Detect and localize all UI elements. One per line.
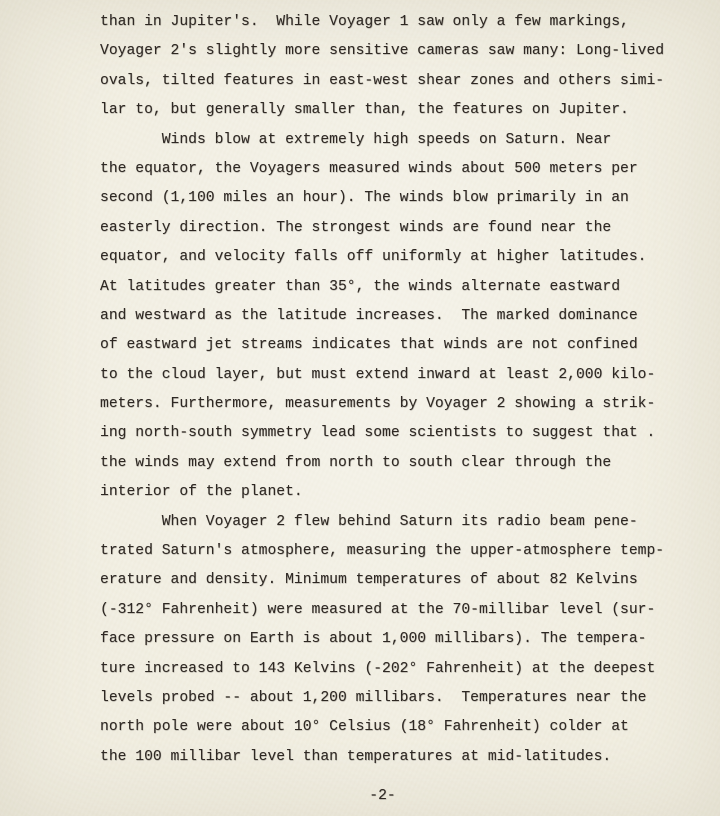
text-line: equator, and velocity falls off uniforml… — [100, 243, 720, 272]
text-line: Voyager 2's slightly more sensitive came… — [100, 37, 720, 66]
text-line: ing north-south symmetry lead some scien… — [100, 419, 720, 448]
text-line: and westward as the latitude increases. … — [100, 302, 720, 331]
text-line: trated Saturn's atmosphere, measuring th… — [100, 537, 720, 566]
text-line: the 100 millibar level than temperatures… — [100, 743, 720, 772]
text-line: easterly direction. The strongest winds … — [100, 214, 720, 243]
text-line: face pressure on Earth is about 1,000 mi… — [100, 625, 720, 654]
text-line: ture increased to 143 Kelvins (-202° Fah… — [100, 655, 720, 684]
text-line: to the cloud layer, but must extend inwa… — [100, 361, 720, 390]
text-line: the winds may extend from north to south… — [100, 449, 720, 478]
text-line: north pole were about 10° Celsius (18° F… — [100, 713, 720, 742]
text-line: When Voyager 2 flew behind Saturn its ra… — [100, 508, 720, 537]
text-line: At latitudes greater than 35°, the winds… — [100, 273, 720, 302]
text-line: than in Jupiter's. While Voyager 1 saw o… — [100, 8, 720, 37]
document-page: than in Jupiter's. While Voyager 1 saw o… — [0, 0, 720, 816]
text-line: levels probed -- about 1,200 millibars. … — [100, 684, 720, 713]
text-line: (-312° Fahrenheit) were measured at the … — [100, 596, 720, 625]
text-line: meters. Furthermore, measurements by Voy… — [100, 390, 720, 419]
text-line: second (1,100 miles an hour). The winds … — [100, 184, 720, 213]
page-number: -2- — [100, 782, 665, 811]
text-line: lar to, but generally smaller than, the … — [100, 96, 720, 125]
text-line: erature and density. Minimum temperature… — [100, 566, 720, 595]
text-line: the equator, the Voyagers measured winds… — [100, 155, 720, 184]
text-line: ovals, tilted features in east-west shea… — [100, 67, 720, 96]
text-line: Winds blow at extremely high speeds on S… — [100, 126, 720, 155]
text-line: of eastward jet streams indicates that w… — [100, 331, 720, 360]
text-line: interior of the planet. — [100, 478, 720, 507]
